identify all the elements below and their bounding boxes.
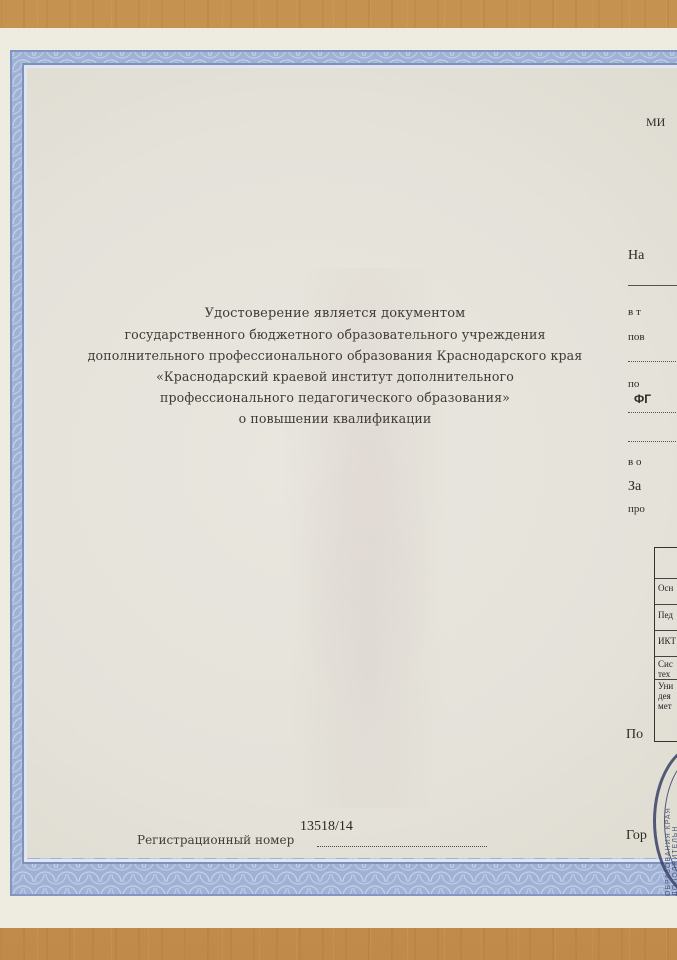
right-header: МИ [646, 115, 665, 130]
table-cell: Сис тех [658, 659, 672, 679]
right-line: по [628, 378, 639, 390]
right-line: про [628, 503, 645, 515]
right-underline [628, 285, 677, 286]
statement-line: о повышении квалификации [60, 408, 610, 429]
table-row [655, 656, 677, 657]
registration-number: 13518/14 [300, 819, 353, 835]
statement-line: Удостоверение является документом [60, 303, 610, 324]
right-footer-line: По [626, 727, 643, 743]
table-row [655, 604, 677, 605]
right-line: в т [628, 306, 641, 318]
table-cell: ИКТ [658, 636, 676, 646]
registration-dotted-line [317, 834, 487, 847]
right-dotted-line [628, 361, 677, 362]
statement-line: «Краснодарский краевой институт дополнит… [60, 366, 610, 387]
right-line: ФГ [634, 392, 651, 406]
stamp-text: ОБРАЗОВАНИЯ КРАЯ ДОПОЛНИТЕЛЬН [665, 776, 677, 896]
certificate-sheet: Удостоверение является документом госуда… [0, 28, 677, 928]
certificate-statement: Удостоверение является документом госуда… [60, 303, 610, 429]
right-line: На [628, 248, 644, 264]
table-cell: Осн [658, 583, 673, 593]
subjects-table-fragment: Осн Пед ИКТ Сис тех Уни дея мет [654, 547, 677, 742]
table-cell: Пед [658, 610, 673, 620]
right-dotted-line [628, 412, 677, 413]
table-row [655, 630, 677, 631]
certificate-paper [27, 68, 677, 858]
statement-line: государственного бюджетного образователь… [60, 324, 610, 345]
right-dotted-line [628, 441, 677, 442]
statement-line: профессионального педагогического образо… [60, 387, 610, 408]
right-footer-line: Гор [626, 828, 647, 844]
right-line: За [628, 479, 641, 495]
table-cell: Уни дея мет [658, 681, 672, 711]
right-line: в о [628, 456, 641, 468]
registration-label: Регистрационный номер [137, 833, 294, 847]
table-row [655, 679, 677, 680]
statement-line: дополнительного профессионального образо… [60, 345, 610, 366]
table-row [655, 578, 677, 579]
right-line: пов [628, 331, 645, 343]
